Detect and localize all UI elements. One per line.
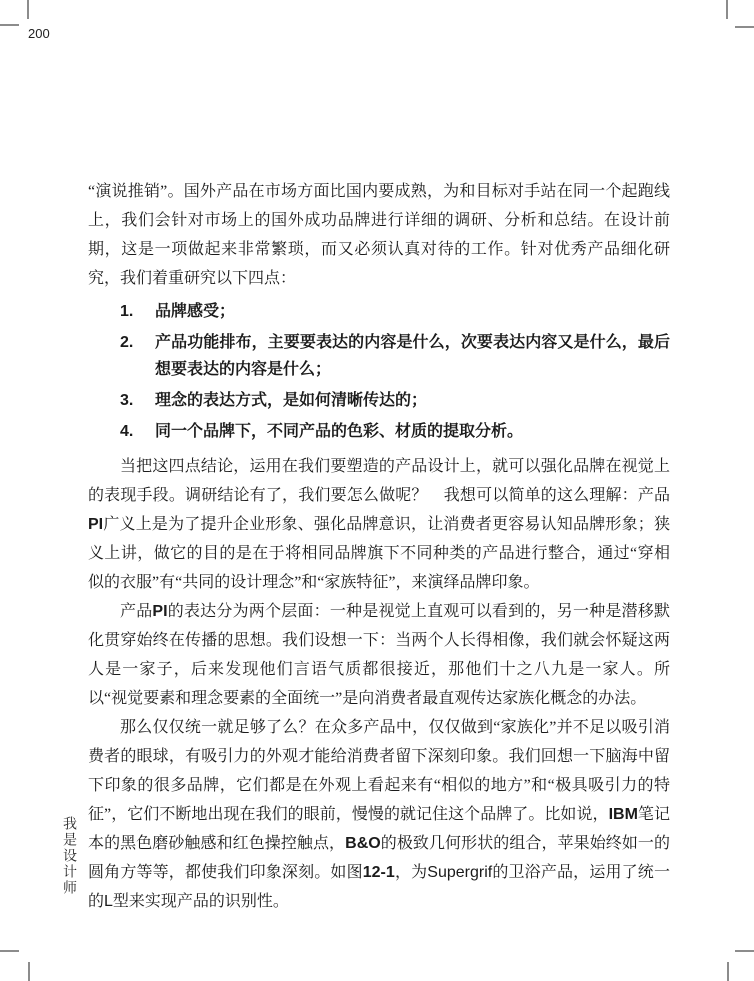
- text-segment: PI: [152, 603, 167, 620]
- paragraph: “演说推销”。国外产品在市场方面比国内要成熟，为和目标对手站在同一个起跑线上，我…: [88, 177, 670, 293]
- crop-mark: [735, 26, 754, 28]
- list-item: 2.产品功能排布，主要要表达的内容是什么，次要表达内容又是什么，最后想要表达的内…: [88, 329, 670, 383]
- list-item-text: 同一个品牌下，不同产品的色彩、材质的提取分析。: [155, 418, 670, 445]
- paragraph: 当把这四点结论，运用在我们要塑造的产品设计上，就可以强化品牌在视觉上的表现手段。…: [88, 452, 670, 597]
- list-item-text: 理念的表达方式，是如何清晰传达的；: [155, 387, 670, 414]
- text-segment: 12-1: [363, 864, 395, 881]
- text-segment: B&O: [345, 835, 381, 852]
- crop-mark: [28, 962, 30, 981]
- crop-mark: [27, 0, 29, 19]
- text-segment: “演说推销”。国外产品在市场方面比国内要成熟，为和目标对手站在同一个起跑线上，我…: [88, 183, 670, 287]
- list-item-number: 1.: [120, 298, 155, 325]
- crop-mark: [727, 962, 729, 981]
- text-segment: L: [104, 893, 113, 910]
- crop-mark: [0, 24, 19, 26]
- list-item: 3.理念的表达方式，是如何清晰传达的；: [88, 387, 670, 414]
- text-segment: 的表达分为两个层面：一种是视觉上直观可以看到的，另一种是潜移默化贯穿始终在传播的…: [88, 603, 670, 707]
- list-item-text: 品牌感受；: [155, 298, 670, 325]
- text-segment: 那么仅仅统一就足够了么？在众多产品中，仅仅做到“家族化”并不足以吸引消费者的眼球…: [88, 719, 670, 823]
- text-segment: PI: [88, 516, 103, 533]
- text-segment: 广义上是为了提升企业形象、强化品牌意识，让消费者更容易认知品牌形象；狭义上讲，做…: [88, 516, 670, 591]
- crop-mark: [735, 950, 754, 952]
- paragraph: 产品PI的表达分为两个层面：一种是视觉上直观可以看到的，另一种是潜移默化贯穿始终…: [88, 597, 670, 713]
- text-segment: ，为: [395, 864, 427, 881]
- book-page: 200 我是设计师 “演说推销”。国外产品在市场方面比国内要成熟，为和目标对手站…: [0, 0, 754, 981]
- numbered-list: 1.品牌感受；2.产品功能排布，主要要表达的内容是什么，次要表达内容又是什么，最…: [88, 298, 670, 445]
- list-item: 1.品牌感受；: [88, 298, 670, 325]
- list-item-number: 2.: [120, 329, 155, 383]
- crop-mark: [0, 950, 19, 952]
- sidebar-vertical-title: 我是设计师: [58, 816, 78, 896]
- text-segment: 产品: [120, 603, 152, 620]
- text-segment: 型来实现产品的识别性。: [113, 893, 289, 910]
- list-item-number: 3.: [120, 387, 155, 414]
- crop-mark: [726, 0, 728, 19]
- text-segment: IBM: [609, 806, 638, 823]
- article-body: “演说推销”。国外产品在市场方面比国内要成熟，为和目标对手站在同一个起跑线上，我…: [88, 177, 670, 916]
- text-segment: 当把这四点结论，运用在我们要塑造的产品设计上，就可以强化品牌在视觉上的表现手段。…: [88, 458, 670, 504]
- list-item-number: 4.: [120, 418, 155, 445]
- paragraph: 那么仅仅统一就足够了么？在众多产品中，仅仅做到“家族化”并不足以吸引消费者的眼球…: [88, 713, 670, 916]
- list-item-text: 产品功能排布，主要要表达的内容是什么，次要表达内容又是什么，最后想要表达的内容是…: [155, 329, 670, 383]
- text-segment: Supergrif: [427, 864, 492, 881]
- page-number: 200: [28, 26, 50, 41]
- list-item: 4.同一个品牌下，不同产品的色彩、材质的提取分析。: [88, 418, 670, 445]
